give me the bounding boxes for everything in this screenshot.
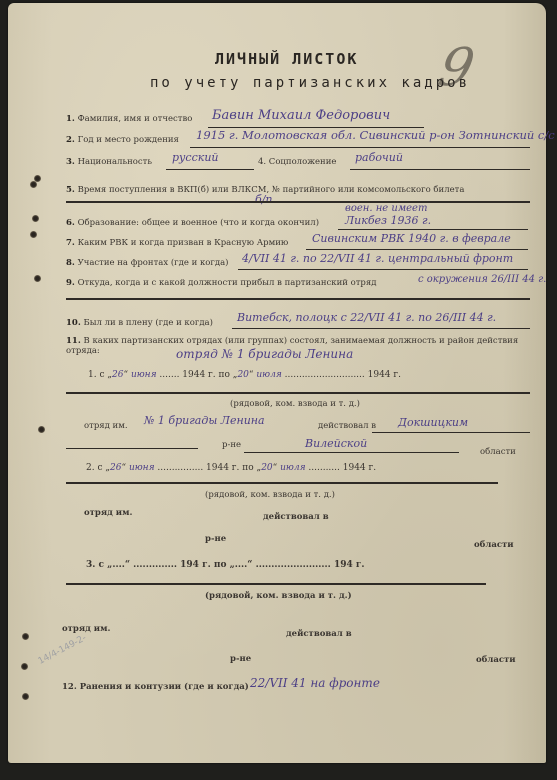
period-2-district-label: р-не [205,534,226,544]
period-2-unit-label: отряд им. [84,508,132,518]
period-1-position-caption: (рядовой, ком. взвода и т. д.) [230,399,360,409]
punch-hole [22,633,29,640]
field-3-label: 3. Национальность [66,157,152,167]
field-9-label: 9. Откуда, когда и с какой должности при… [66,278,376,288]
field-4-value: рабочий [355,151,403,164]
period-1-district-label: р-не [222,440,241,450]
period-1-district-underline [244,452,459,453]
period-2-position-line [66,482,498,484]
field-10-value: Витебск, полоцк с 22/VII 41 г. по 26/III… [237,311,496,324]
period-1-position-line [66,392,530,394]
period-3-district-label: р-не [230,654,251,664]
period-3-position-line [66,583,486,585]
period-1-acted-underline [372,432,530,433]
period-1-dates: 1. с „26“ июня ....... 1944 г. по „20“ и… [88,370,401,380]
field-8-value: 4/VII 41 г. по 22/VII 41 г. центральный … [242,252,513,265]
period-1-acted-value: Докшицким [398,416,468,429]
period-3-unit-label: отряд им. [62,624,110,634]
punch-hole [21,663,28,670]
punch-hole [22,693,29,700]
period-2-dates: 2. с „26“ июня ................ 1944 г. … [86,463,376,473]
field-3-value: русский [172,151,218,164]
field-10-label: 10. Был ли в плену (где и когда) [66,318,213,328]
field-2-underline [190,147,530,148]
field-12-label: 12. Ранения и контузии (где и когда) [62,682,249,692]
period-1-acted-label: действовал в [318,421,376,431]
punch-hole [34,275,41,282]
field-4-label: 4. Соцположение [258,157,336,167]
field-12-value: 22/VII 41 на фронте [250,676,380,690]
field-7-label: 7. Каким РВК и когда призван в Красную А… [66,238,288,248]
field-7-underline [306,249,528,250]
period-1-unit-value: № 1 бригады Ленина [144,414,265,427]
period-1-blank-line [66,448,198,449]
field-11-value: отряд № 1 бригады Ленина [176,347,353,361]
period-2-position-caption: (рядовой, ком. взвода и т. д.) [205,490,335,500]
period-3-position-caption: (рядовой, ком. взвода и т. д.) [205,591,352,601]
period-1-region-label: области [480,447,516,457]
field-4-underline [350,169,530,170]
field-7-value: Сивинским РВК 1940 г. в феврале [312,232,511,245]
period-2-acted-label: действовал в [263,512,329,522]
period-3-dates: 3. с „....“ .............. 194 г. по „..… [86,560,365,570]
period-3-region-label: области [476,655,516,665]
field-1-value: Бавин Михаил Федорович [212,108,390,123]
punch-hole [30,181,37,188]
field-2-value: 1915 г. Молотовская обл. Сивинский р-он … [196,128,555,142]
document-subtitle: по учету партизанских кадров [150,75,470,91]
field-6-value: Ликбез 1936 г. [345,214,431,227]
field-1-label: 1. Фамилия, имя и отчество [66,114,192,124]
field-3-underline [166,169,254,170]
field-6-label: 6. Образование: общее и военное (что и к… [66,218,319,228]
field-6-value-top: воен. не имеет [345,203,427,214]
field-10-underline [232,328,530,329]
field-8-label: 8. Участие на фронтах (где и когда) [66,258,228,268]
field-2-label: 2. Год и место рождения [66,135,179,145]
field-9-value: с окружения 26/III 44 г. [418,274,546,285]
period-1-unit-label: отряд им. [84,421,128,431]
punch-hole [30,231,37,238]
field-5-value: б/п. [255,193,276,206]
document-title: ЛИЧНЫЙ ЛИСТОК [215,50,358,68]
period-3-acted-label: действовал в [286,629,352,639]
field-5-underline [66,201,530,203]
punch-hole [38,426,45,433]
field-8-underline [238,269,528,270]
field-6-underline [338,229,528,230]
punch-hole [32,215,39,222]
field-9-underline [66,298,530,300]
period-1-district-value: Вилейской [305,437,367,450]
period-2-region-label: области [474,540,514,550]
